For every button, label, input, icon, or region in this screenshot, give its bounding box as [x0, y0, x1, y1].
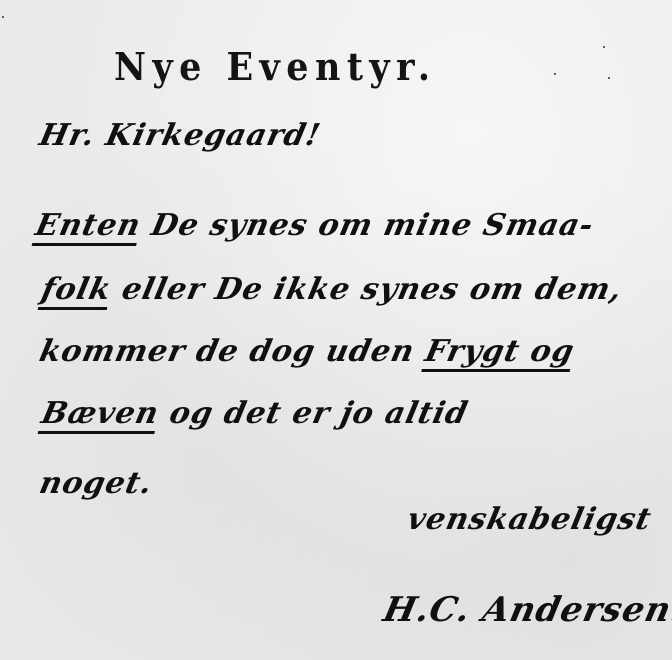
- letter-line-2: folk eller De ikke synes om dem,: [38, 272, 625, 307]
- signature: H.C. Andersen.: [380, 590, 672, 630]
- paper-speck: [554, 73, 556, 75]
- underlined-word: Enten: [32, 208, 144, 243]
- underlined-word: Bæven: [38, 396, 162, 431]
- line-text: og det er jo altid: [155, 396, 471, 431]
- paper-speck: [603, 46, 605, 48]
- letter-line-5: noget.: [36, 466, 156, 501]
- paper-background: [0, 0, 672, 660]
- line-text: kommer de dog uden: [36, 334, 429, 369]
- paper-speck: [608, 77, 610, 79]
- letter-line-4: Bæven og det er jo altid: [38, 396, 471, 431]
- underlined-word: folk: [38, 272, 115, 307]
- paper-speck: [2, 16, 4, 18]
- line-text: eller De ikke synes om dem,: [107, 272, 625, 307]
- book-title: Nye Eventyr.: [114, 44, 436, 89]
- letter-line-1: Enten De synes om mine Smaa-: [32, 208, 597, 243]
- closing: venskabeligst: [404, 502, 654, 537]
- line-text: noget.: [36, 466, 156, 501]
- salutation: Hr. Kirkegaard!: [36, 118, 324, 153]
- line-text: De synes om mine Smaa-: [137, 208, 597, 243]
- letter-line-3: kommer de dog uden Frygt og: [36, 334, 577, 369]
- underlined-phrase: Frygt og: [422, 334, 578, 369]
